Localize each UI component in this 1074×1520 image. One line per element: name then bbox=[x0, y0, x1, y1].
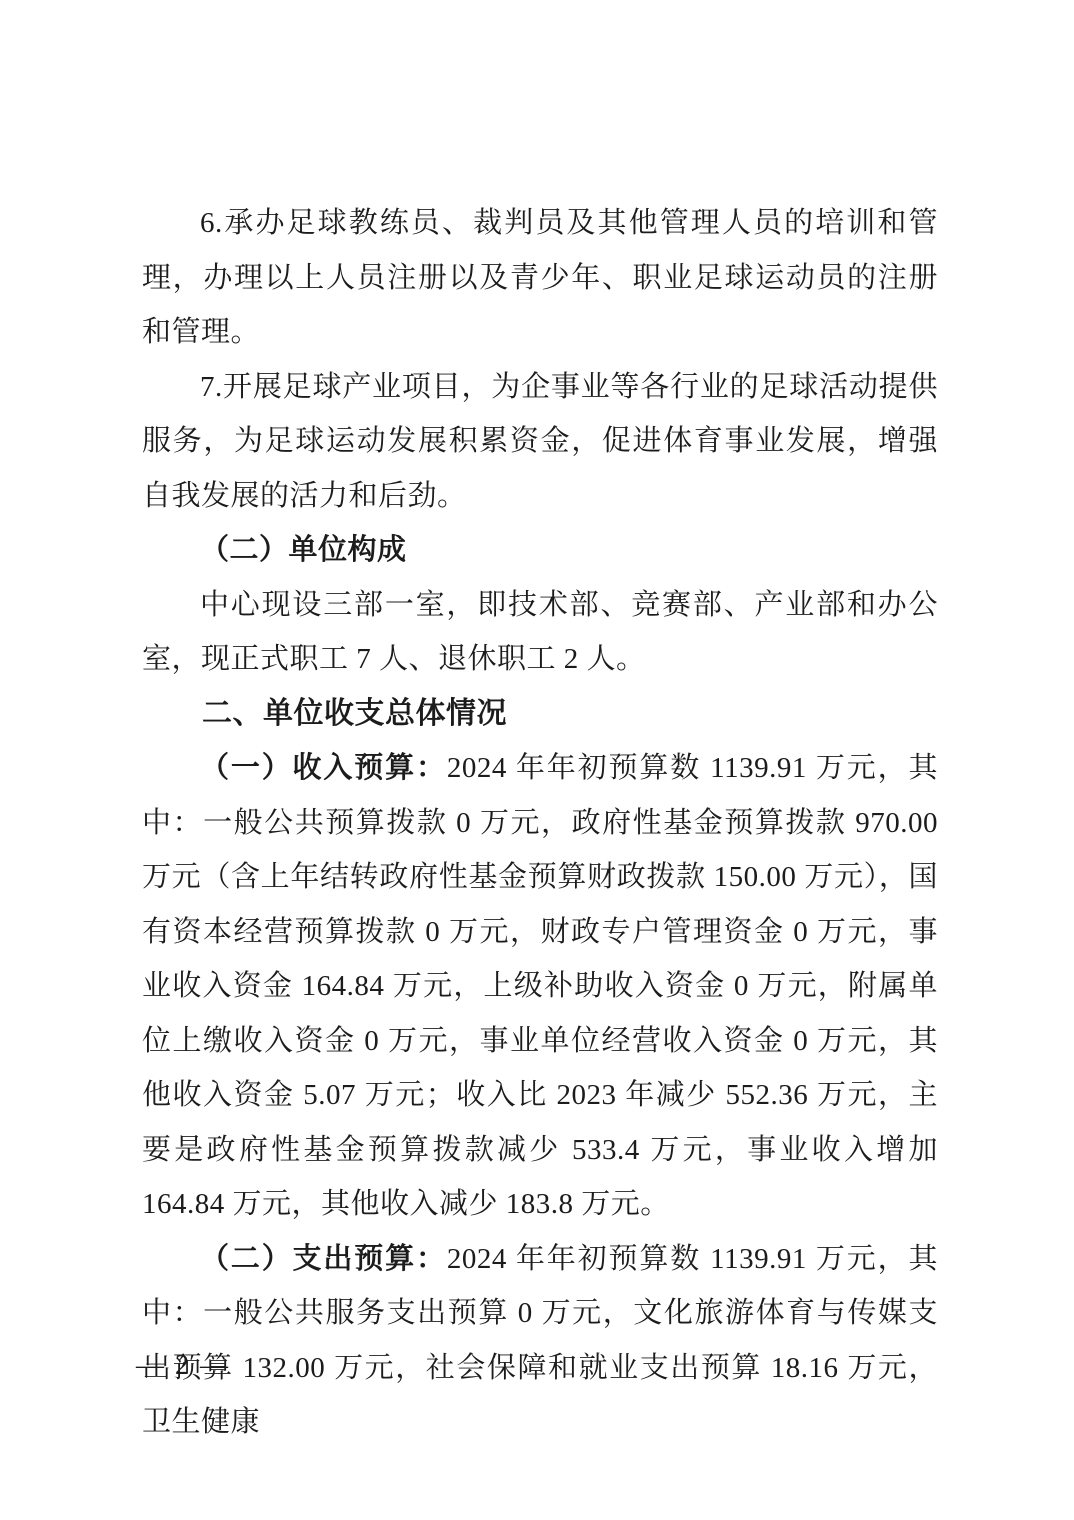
section-heading-income-expense-overview: 二、单位收支总体情况 bbox=[142, 687, 938, 742]
paragraph-income-budget: （一）收入预算：2024 年年初预算数 1139.91 万元，其中：一般公共预算… bbox=[142, 741, 938, 1232]
paragraph-item-7: 7.开展足球产业项目，为企事业等各行业的足球活动提供服务，为足球运动发展积累资金… bbox=[142, 360, 938, 524]
income-budget-label: （一）收入预算： bbox=[200, 752, 447, 784]
expense-budget-label: （二）支出预算： bbox=[200, 1243, 447, 1275]
subheading-unit-composition: （二）单位构成 bbox=[142, 523, 938, 578]
paragraph-item-6: 6.承办足球教练员、裁判员及其他管理人员的培训和管理，办理以上人员注册以及青少年… bbox=[142, 196, 938, 360]
document-page: 6.承办足球教练员、裁判员及其他管理人员的培训和管理，办理以上人员注册以及青少年… bbox=[0, 0, 1074, 1520]
paragraph-expense-budget: （二）支出预算：2024 年年初预算数 1139.91 万元，其中：一般公共服务… bbox=[142, 1232, 938, 1450]
paragraph-unit-composition: 中心现设三部一室，即技术部、竞赛部、产业部和办公室，现正式职工 7 人、退休职工… bbox=[142, 578, 938, 687]
income-budget-text: 2024 年年初预算数 1139.91 万元，其中：一般公共预算拨款 0 万元，… bbox=[142, 752, 938, 1220]
document-content: 6.承办足球教练员、裁判员及其他管理人员的培训和管理，办理以上人员注册以及青少年… bbox=[142, 196, 938, 1450]
page-number: — 2 — bbox=[136, 1350, 230, 1382]
